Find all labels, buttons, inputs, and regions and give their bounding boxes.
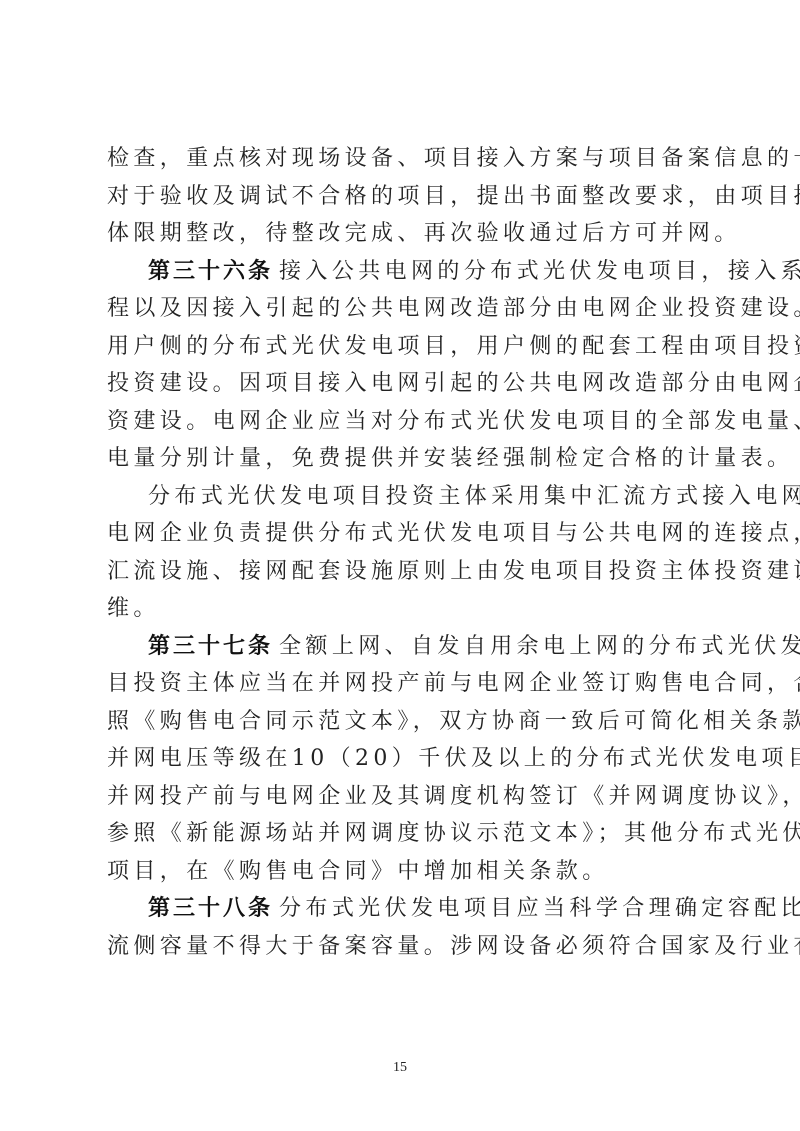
text-line: 用户侧的分布式光伏发电项目，用户侧的配套工程由项目投资主体 (107, 328, 703, 366)
text-line: 电网企业负责提供分布式光伏发电项目与公共电网的连接点，相关 (107, 515, 703, 553)
document-body: 检查，重点核对现场设备、项目接入方案与项目备案信息的一致性。 对于验收及调试不合… (107, 140, 703, 965)
text-line-content: 全额上网、自发自用余电上网的分布式光伏发电项 (279, 634, 800, 659)
article-heading-36: 第三十六条 (148, 259, 273, 284)
article-37-first-line: 第三十七条全额上网、自发自用余电上网的分布式光伏发电项 (107, 628, 703, 666)
text-line: 资建设。电网企业应当对分布式光伏发电项目的全部发电量、上网 (107, 403, 703, 441)
text-line: 流侧容量不得大于备案容量。涉网设备必须符合国家及行业有关涉 (107, 928, 703, 966)
text-line: 照《购售电合同示范文本》，双方协商一致后可简化相关条款内容。 (107, 703, 703, 741)
text-line: 体限期整改，待整改完成、再次验收通过后方可并网。 (107, 215, 703, 253)
article-heading-37: 第三十七条 (148, 634, 273, 659)
text-line: 维。 (107, 590, 703, 628)
document-page: 检查，重点核对现场设备、项目接入方案与项目备案信息的一致性。 对于验收及调试不合… (0, 0, 800, 1131)
text-line: 对于验收及调试不合格的项目，提出书面整改要求，由项目投资主 (107, 178, 703, 216)
article-heading-38: 第三十八条 (148, 896, 273, 921)
text-line: 并网电压等级在10（20）千伏及以上的分布式光伏发电项目还应在 (107, 740, 703, 778)
text-line: 项目，在《购售电合同》中增加相关条款。 (107, 853, 703, 891)
text-line: 电量分别计量，免费提供并安装经强制检定合格的计量表。 (107, 440, 703, 478)
paragraph-first-line: 分布式光伏发电项目投资主体采用集中汇流方式接入电网时， (107, 478, 703, 516)
article-38-first-line: 第三十八条分布式光伏发电项目应当科学合理确定容配比，交 (107, 890, 703, 928)
text-line: 汇流设施、接网配套设施原则上由发电项目投资主体投资建设与运 (107, 553, 703, 591)
article-36-first-line: 第三十六条接入公共电网的分布式光伏发电项目，接入系统工 (107, 253, 703, 291)
text-line: 投资建设。因项目接入电网引起的公共电网改造部分由电网企业投 (107, 365, 703, 403)
text-line: 程以及因接入引起的公共电网改造部分由电网企业投资建设。接入 (107, 290, 703, 328)
text-line: 检查，重点核对现场设备、项目接入方案与项目备案信息的一致性。 (107, 140, 703, 178)
text-line-content: 分布式光伏发电项目应当科学合理确定容配比，交 (279, 896, 800, 921)
text-line: 并网投产前与电网企业及其调度机构签订《并网调度协议》，协议 (107, 778, 703, 816)
page-number: 15 (0, 1060, 800, 1076)
text-line-content: 接入公共电网的分布式光伏发电项目，接入系统工 (279, 259, 800, 284)
text-line: 目投资主体应当在并网投产前与电网企业签订购售电合同，合同参 (107, 665, 703, 703)
text-line: 参照《新能源场站并网调度协议示范文本》；其他分布式光伏发电 (107, 815, 703, 853)
